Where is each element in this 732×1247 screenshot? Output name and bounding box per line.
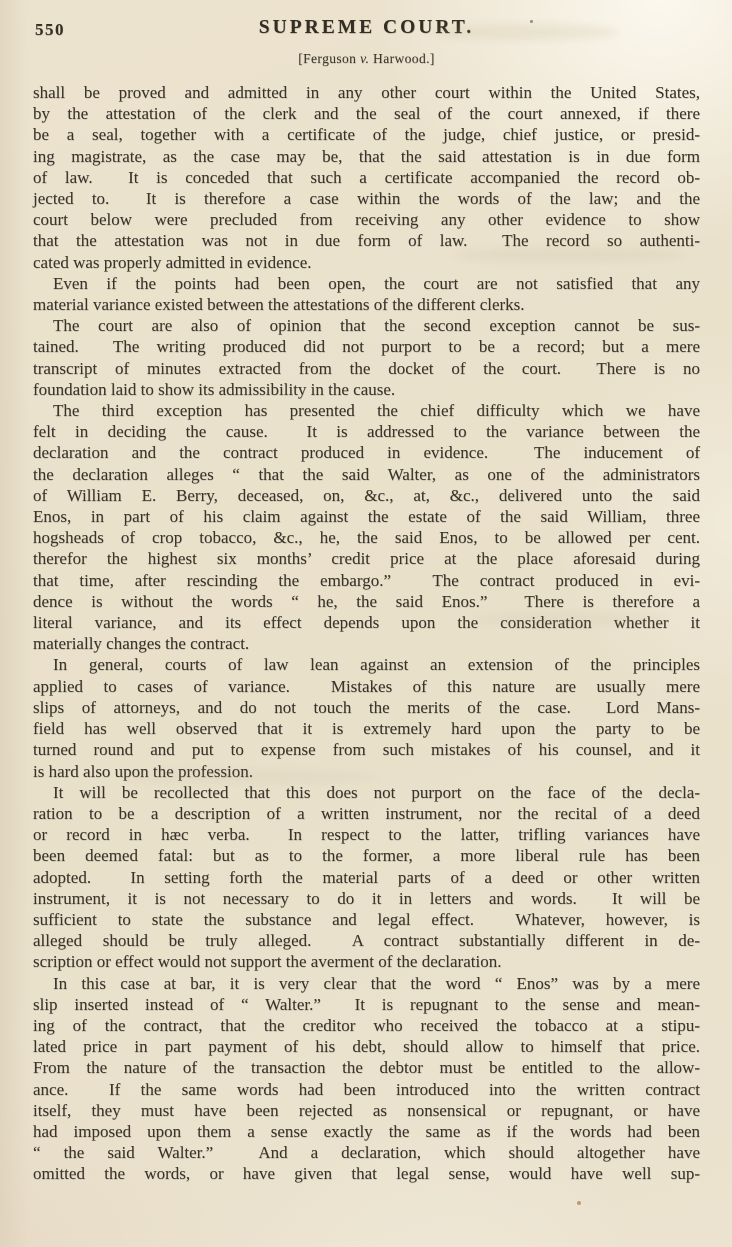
text-line: jected to. It is therefore a case within…	[33, 188, 700, 209]
running-head-pre: [Ferguson	[298, 51, 360, 66]
paragraph: shall be proved and admitted in any othe…	[33, 82, 700, 273]
text-column: shall be proved and admitted in any othe…	[33, 82, 700, 1185]
text-line: turned round and put to expense from suc…	[33, 739, 700, 760]
text-line: lated price in part payment of his debt,…	[33, 1036, 700, 1057]
text-line: ing magistrate, as the case may be, that…	[33, 146, 700, 167]
text-line: tained. The writing produced did not pur…	[33, 336, 700, 357]
book-page: 550 SUPREME COURT. [Ferguson v. Harwood.…	[0, 0, 732, 1247]
text-line: is hard also upon the profession.	[33, 761, 700, 782]
text-line: sufficient to state the substance and le…	[33, 909, 700, 930]
paragraph: In general, courts of law lean against a…	[33, 654, 700, 781]
text-line: cated was properly admitted in evidence.	[33, 252, 700, 273]
text-line: scription or effect would not support th…	[33, 951, 700, 972]
page-header-title: SUPREME COURT.	[33, 17, 700, 39]
text-line: that the attestation was not in due form…	[33, 230, 700, 251]
text-line: material variance existed between the at…	[33, 294, 700, 315]
text-line: therefor the highest six months’ credit …	[33, 548, 700, 569]
paper-speck	[577, 1201, 581, 1205]
text-line: the declaration alleges “ that the said …	[33, 464, 700, 485]
text-line: foundation laid to show its admissibilit…	[33, 379, 700, 400]
text-line: slips of attorneys, and do not touch the…	[33, 697, 700, 718]
text-line: hogsheads of crop tobacco, &c., he, the …	[33, 527, 700, 548]
paragraph: Even if the points had been open, the co…	[33, 273, 700, 315]
text-line: “ the said Walter.” And a declaration, w…	[33, 1142, 700, 1163]
text-line: of law. It is conceded that such a certi…	[33, 167, 700, 188]
paragraph: In this case at bar, it is very clear th…	[33, 973, 700, 1185]
paragraph: It will be recollected that this does no…	[33, 782, 700, 973]
text-line: itself, they must have been rejected as …	[33, 1100, 700, 1121]
text-line: ance. If the same words had been introdu…	[33, 1079, 700, 1100]
text-line: or record in hæc verba. In respect to th…	[33, 824, 700, 845]
text-line: dence is without the words “ he, the sai…	[33, 591, 700, 612]
running-head-post: Harwood.]	[369, 51, 434, 66]
running-head-versus: v.	[360, 51, 369, 66]
text-line: shall be proved and admitted in any othe…	[33, 82, 700, 103]
text-line: In this case at bar, it is very clear th…	[33, 973, 700, 994]
text-line: From the nature of the transaction the d…	[33, 1057, 700, 1078]
paragraph: The third exception has presented the ch…	[33, 400, 700, 654]
text-line: Even if the points had been open, the co…	[33, 273, 700, 294]
text-line: literal variance, and its effect depends…	[33, 612, 700, 633]
text-line: felt in deciding the cause. It is addres…	[33, 421, 700, 442]
text-line: slip inserted instead of “ Walter.” It i…	[33, 994, 700, 1015]
text-line: had imposed upon them a sense exactly th…	[33, 1121, 700, 1142]
text-line: omitted the words, or have given that le…	[33, 1163, 700, 1184]
text-line: It will be recollected that this does no…	[33, 782, 700, 803]
text-line: instrument, it is not necessary to do it…	[33, 888, 700, 909]
text-line: transcript of minutes extracted from the…	[33, 358, 700, 379]
text-line: ing of the contract, that the creditor w…	[33, 1015, 700, 1036]
text-line: In general, courts of law lean against a…	[33, 654, 700, 675]
text-line: that time, after rescinding the embargo.…	[33, 570, 700, 591]
text-line: materially changes the contract.	[33, 633, 700, 654]
text-line: be a seal, together with a certificate o…	[33, 124, 700, 145]
text-line: court below were precluded from receivin…	[33, 209, 700, 230]
text-line: alleged should be truly alleged. A contr…	[33, 930, 700, 951]
paragraph: The court are also of opinion that the s…	[33, 315, 700, 400]
text-line: The third exception has presented the ch…	[33, 400, 700, 421]
text-line: declaration and the contract produced in…	[33, 442, 700, 463]
text-line: adopted. In setting forth the material p…	[33, 867, 700, 888]
text-line: The court are also of opinion that the s…	[33, 315, 700, 336]
text-line: applied to cases of variance. Mistakes o…	[33, 676, 700, 697]
text-line: Enos, in part of his claim against the e…	[33, 506, 700, 527]
text-line: field has well observed that it is extre…	[33, 718, 700, 739]
text-line: of William E. Berry, deceased, on, &c., …	[33, 485, 700, 506]
running-head-case: [Ferguson v. Harwood.]	[33, 51, 700, 67]
text-line: been deemed fatal: but as to the former,…	[33, 845, 700, 866]
text-line: ration to be a description of a written …	[33, 803, 700, 824]
text-line: by the attestation of the clerk and the …	[33, 103, 700, 124]
